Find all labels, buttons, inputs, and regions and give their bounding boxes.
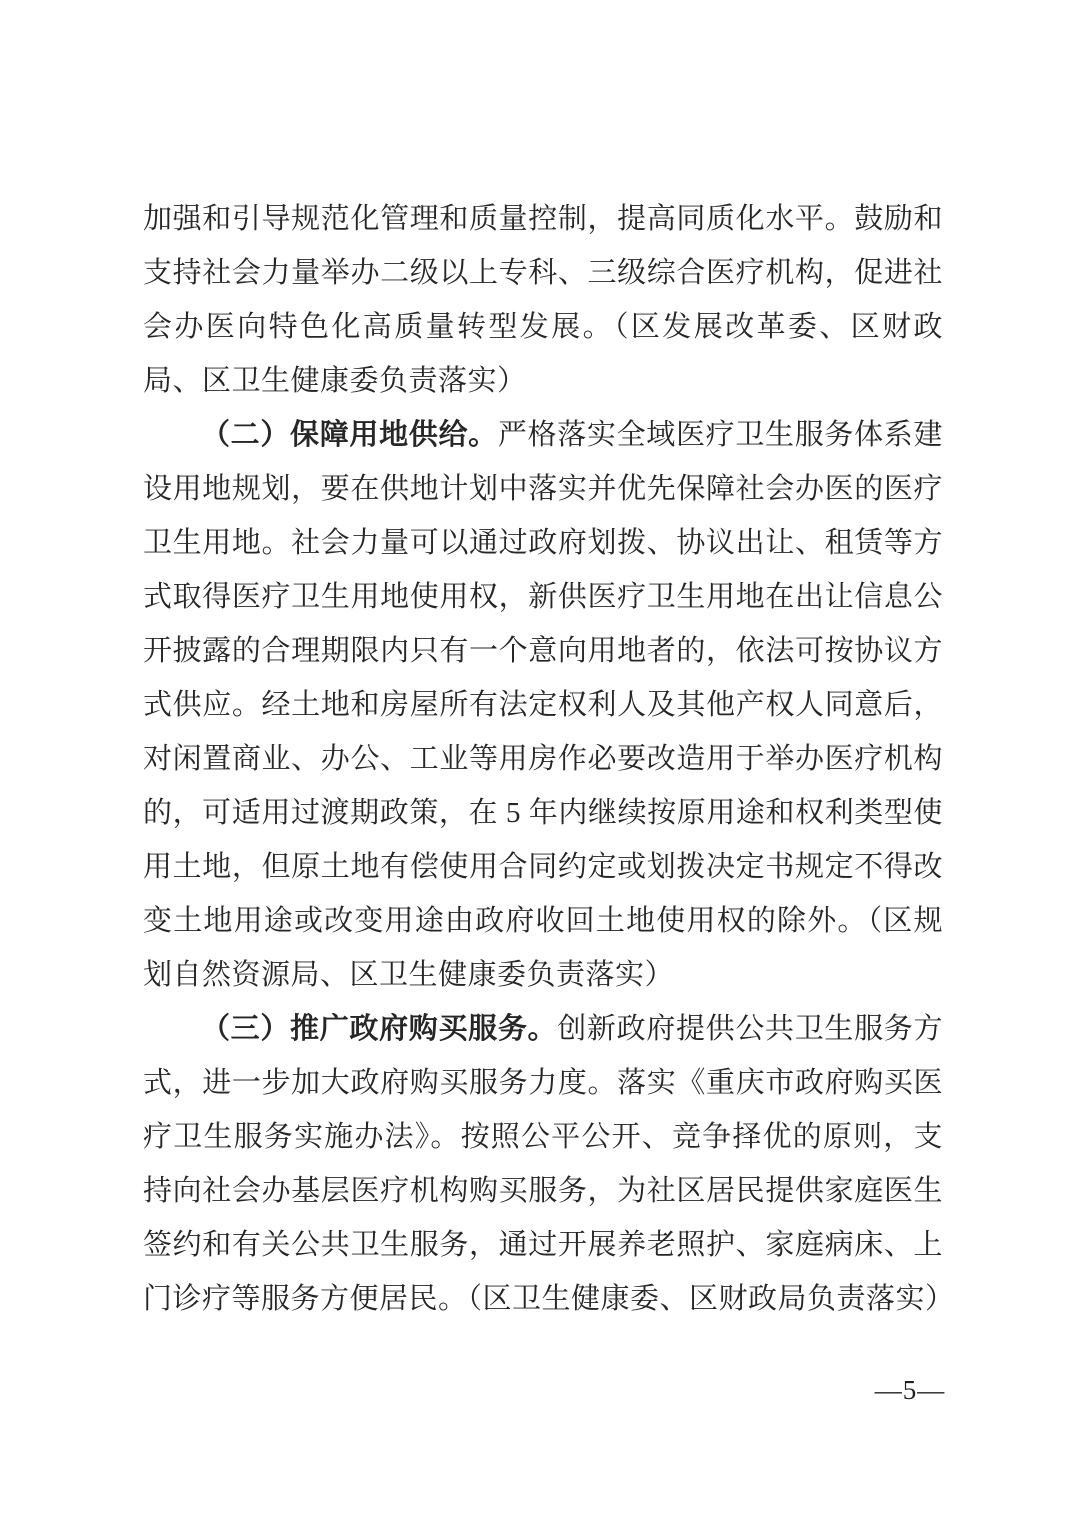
paragraph-section-2: （二）保障用地供给。严格落实全域医疗卫生服务体系建设用地规划，要在供地计划中落实… [143, 408, 943, 1002]
section-heading: （二）保障用地供给。 [201, 419, 498, 451]
paragraph-continuation: 加强和引导规范化管理和质量控制，提高同质化水平。鼓励和支持社会力量举办二级以上专… [143, 192, 943, 408]
paragraph-text: 创新政府提供公共卫生服务方式，进一步加大政府购买服务力度。落实《重庆市政府购买医… [143, 1013, 955, 1315]
document-page: 加强和引导规范化管理和质量控制，提高同质化水平。鼓励和支持社会力量举办二级以上专… [0, 0, 1074, 1520]
page-number: —5— [860, 1372, 960, 1408]
paragraph-text: 加强和引导规范化管理和质量控制，提高同质化水平。鼓励和支持社会力量举办二级以上专… [143, 203, 943, 397]
paragraph-section-3: （三）推广政府购买服务。创新政府提供公共卫生服务方式，进一步加大政府购买服务力度… [143, 1002, 943, 1326]
section-heading: （三）推广政府购买服务。 [201, 1013, 557, 1045]
paragraph-text: 严格落实全域医疗卫生服务体系建设用地规划，要在供地计划中落实并优先保障社会办医的… [143, 419, 943, 991]
document-body: 加强和引导规范化管理和质量控制，提高同质化水平。鼓励和支持社会力量举办二级以上专… [143, 192, 943, 1326]
